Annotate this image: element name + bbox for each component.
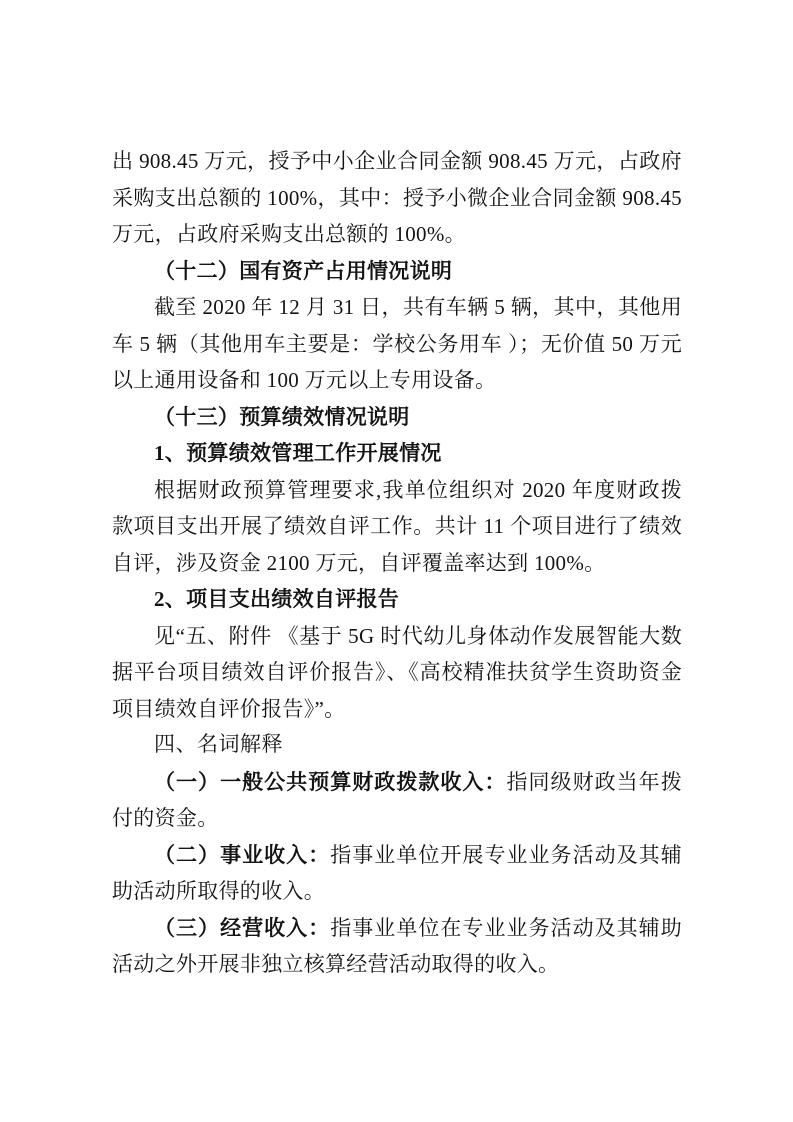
- definition-1-term: （一）一般公共预算财政拨款收入：: [154, 770, 506, 794]
- definition-paragraph-1: （一）一般公共预算财政拨款收入：指同级财政当年拨付的资金。: [112, 764, 682, 837]
- section-heading-13: （十三）预算绩效情况说明: [112, 399, 682, 436]
- definition-paragraph-2: （二）事业收入：指事业单位开展专业业务活动及其辅助活动所取得的收入。: [112, 837, 682, 910]
- section-heading-12: （十二）国有资产占用情况说明: [112, 253, 682, 290]
- definition-3-term: （三）经营收入：: [154, 916, 330, 940]
- section-12-paragraph: 截至 2020 年 12 月 31 日，共有车辆 5 辆，其中，其他用车 5 辆…: [112, 289, 682, 399]
- section-13-sub1-paragraph: 根据财政预算管理要求,我单位组织对 2020 年度财政拨款项目支出开展了绩效自评…: [112, 472, 682, 582]
- definition-2-term: （二）事业收入：: [154, 843, 330, 867]
- definition-paragraph-3: （三）经营收入：指事业单位在专业业务活动及其辅助活动之外开展非独立核算经营活动取…: [112, 910, 682, 983]
- document-body: 出 908.45 万元，授予中小企业合同金额 908.45 万元，占政府采购支出…: [112, 143, 682, 983]
- section-13-sub2-paragraph: 见“五、附件 《基于 5G 时代幼儿身体动作发展智能大数据平台项目绩效自评价报告…: [112, 618, 682, 728]
- section-13-sub2-heading: 2、项目支出绩效自评报告: [112, 581, 682, 618]
- section-13-sub1-heading: 1、预算绩效管理工作开展情况: [112, 435, 682, 472]
- continuation-paragraph: 出 908.45 万元，授予中小企业合同金额 908.45 万元，占政府采购支出…: [112, 143, 682, 253]
- section-heading-4-glossary: 四、名词解释: [112, 727, 682, 764]
- document-page: 出 908.45 万元，授予中小企业合同金额 908.45 万元，占政府采购支出…: [0, 0, 793, 1122]
